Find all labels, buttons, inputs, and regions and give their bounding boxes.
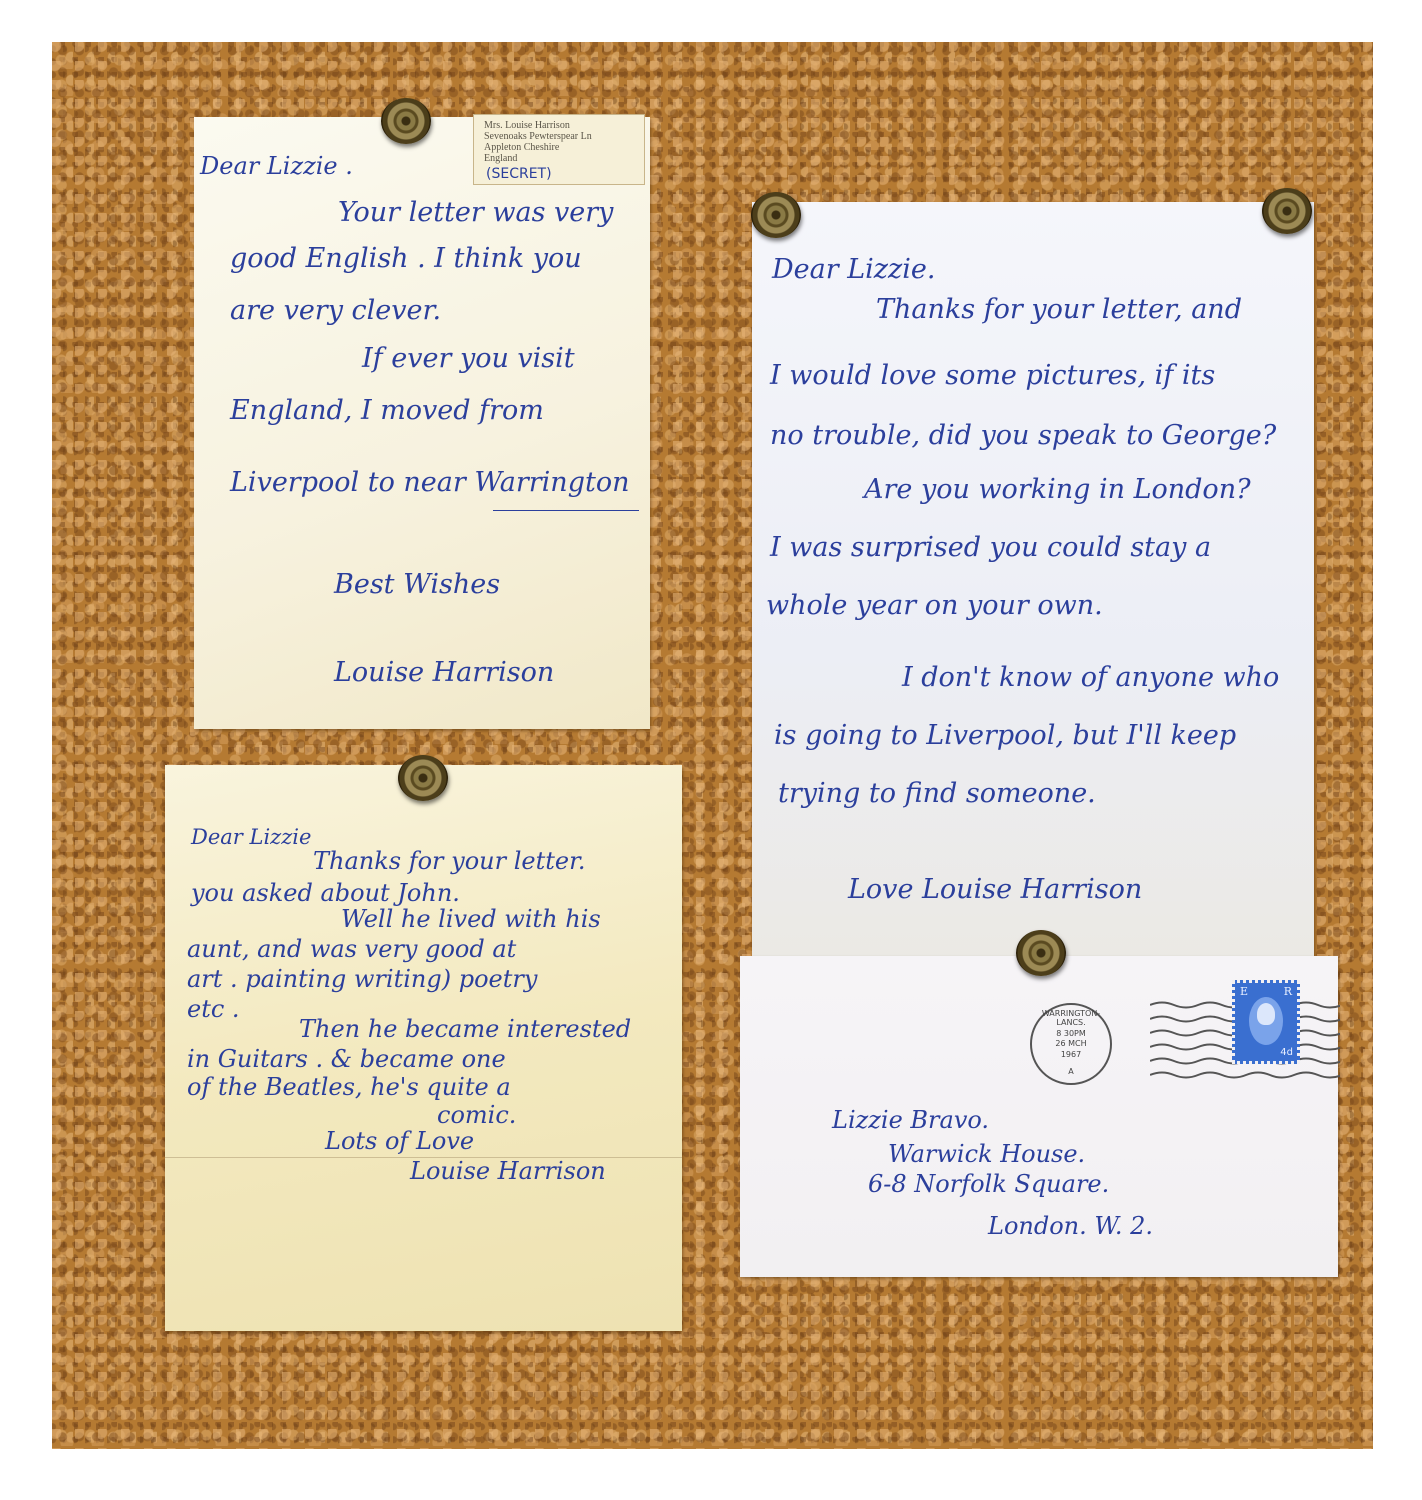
letter-line: of the Beatles, he's quite a xyxy=(187,1073,511,1101)
letter-line: trying to find someone. xyxy=(778,778,1096,809)
label-line: Sevenoaks Pewterspear Ln xyxy=(484,131,592,142)
postmark-time: 8 30PM xyxy=(1032,1029,1110,1038)
signature: Louise Harrison xyxy=(334,657,554,688)
stamp-letter-r: R xyxy=(1284,985,1292,998)
stamp-letter-e: E xyxy=(1240,985,1248,998)
letter-line: Your letter was very xyxy=(338,197,613,228)
letter-line: Thanks for your letter. xyxy=(313,847,586,875)
pushpin-icon xyxy=(381,98,431,144)
address-line: 6-8 Norfolk Square. xyxy=(868,1170,1109,1198)
closing: Lots of Love xyxy=(325,1127,474,1155)
letter-line: is going to Liverpool, but I'll keep xyxy=(774,720,1236,751)
pushpin-icon xyxy=(398,755,448,801)
salutation: Dear Lizzie . xyxy=(200,152,353,180)
letter-top-left: Dear Lizzie . Your letter was very good … xyxy=(194,117,650,729)
postage-stamp: E R 4d xyxy=(1232,980,1300,1064)
letter-right: Dear Lizzie. Thanks for your letter, and… xyxy=(752,202,1314,962)
letter-line: Are you working in London? xyxy=(864,474,1251,505)
stamp-value: 4d xyxy=(1280,1047,1293,1058)
label-line: England xyxy=(484,153,517,164)
pushpin-icon xyxy=(751,192,801,238)
letter-line: Liverpool to near Warrington xyxy=(230,467,629,498)
label-line: Appleton Cheshire xyxy=(484,142,559,153)
letter-line: Well he lived with his xyxy=(341,905,601,933)
letter-line: I was surprised you could stay a xyxy=(770,532,1211,563)
letter-line: art . painting writing) poetry xyxy=(187,965,537,993)
postmark: WARRINGTON-LANCS. 8 30PM 26 MCH 1967 A xyxy=(1030,1003,1112,1085)
address-line: Warwick House. xyxy=(888,1140,1085,1168)
salutation: Dear Lizzie. xyxy=(772,254,935,285)
letter-line: etc . xyxy=(187,995,240,1023)
label-line: Mrs. Louise Harrison xyxy=(484,120,570,131)
address-line: Lizzie Bravo. xyxy=(832,1106,989,1134)
letter-line: comic. xyxy=(437,1101,516,1129)
letter-line: aunt, and was very good at xyxy=(187,935,516,963)
letter-line: whole year on your own. xyxy=(766,590,1103,621)
postmark-town: WARRINGTON-LANCS. xyxy=(1032,1009,1110,1027)
secret-note: (SECRET) xyxy=(486,166,552,182)
letter-line: good English . I think you xyxy=(230,243,582,274)
postmark-code: A xyxy=(1032,1067,1110,1076)
letter-bottom-left: Dear Lizzie Thanks for your letter. you … xyxy=(165,765,682,1331)
postmark-date: 26 MCH xyxy=(1032,1039,1110,1048)
signature: Love Louise Harrison xyxy=(848,874,1142,905)
letter-line: Thanks for your letter, and xyxy=(876,294,1242,325)
letter-line: Then he became interested xyxy=(299,1015,631,1043)
signature: Louise Harrison xyxy=(410,1157,606,1185)
letter-line: If ever you visit xyxy=(362,343,575,374)
letter-line: I don't know of anyone who xyxy=(902,662,1279,693)
pushpin-icon xyxy=(1016,930,1066,976)
letter-line: England, I moved from xyxy=(230,395,544,426)
closing: Best Wishes xyxy=(334,569,500,600)
postmark-year: 1967 xyxy=(1032,1050,1110,1059)
letter-line: in Guitars . & became one xyxy=(187,1045,506,1073)
warrington-underline xyxy=(493,510,639,511)
letter-line: you asked about John. xyxy=(191,879,460,907)
queen-portrait-icon xyxy=(1257,1003,1275,1025)
letter-line: no trouble, did you speak to George? xyxy=(770,420,1276,451)
letter-line: I would love some pictures, if its xyxy=(770,360,1215,391)
pushpin-icon xyxy=(1262,188,1312,234)
salutation: Dear Lizzie xyxy=(191,825,311,849)
letter-line: are very clever. xyxy=(230,295,441,326)
address-line: London. W. 2. xyxy=(988,1212,1153,1240)
return-address-label: Mrs. Louise Harrison Sevenoaks Pewterspe… xyxy=(473,114,645,185)
